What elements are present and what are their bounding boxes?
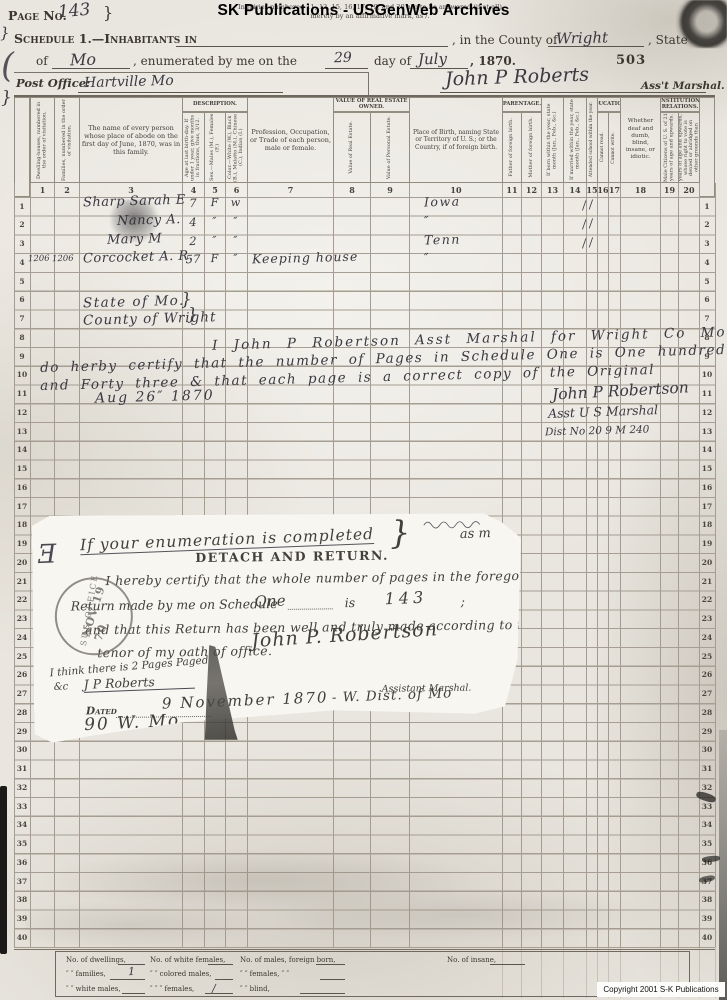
- column-header-13: If born within the year, state month (Ja…: [541, 97, 564, 183]
- column-header-label: Male Citizens of U. S. of 21 years of ag…: [678, 113, 700, 182]
- marshal-signature: John P Roberts: [445, 63, 590, 90]
- column-group-header: Value of Real Estate Owned.: [333, 97, 410, 112]
- column-header-label: Dwelling-houses, numbered in the order o…: [37, 98, 48, 182]
- column-number: 18: [620, 183, 661, 197]
- column-header-label: Cannot write.: [612, 132, 617, 164]
- page-no-value: 143: [57, 0, 91, 22]
- entry-name: Mary M: [107, 231, 162, 247]
- column-header-label: If born within the year, state month (Ja…: [547, 98, 558, 182]
- detach-body-line1: I hereby certify that the whole number o…: [105, 568, 540, 588]
- detach-hw-note2-sig: J P Roberts: [83, 673, 195, 693]
- blank-day: [325, 68, 368, 69]
- page-no-brace: }: [103, 3, 113, 22]
- footer-blank: [205, 993, 233, 994]
- column-number: 12: [521, 183, 542, 197]
- county-label: , in the County of: [452, 33, 557, 47]
- scan-edge-bar: [0, 786, 7, 954]
- po-box-top-rule: [14, 72, 368, 73]
- page-stamp-number: 503: [616, 53, 646, 68]
- detach-hw-brace: }: [389, 513, 411, 552]
- column-header-label: Whether deaf and dumb, blind, insane, or…: [621, 117, 660, 162]
- blank-signature: [440, 92, 706, 93]
- po-box-divider: [368, 72, 369, 95]
- footer-blank: [300, 993, 345, 994]
- column-number: 13: [541, 183, 564, 197]
- column-number: 19: [660, 183, 679, 197]
- column-number: 7: [247, 183, 334, 197]
- column-header-label: If married within the year, state month …: [570, 98, 581, 182]
- detach-hw-note2: &c: [54, 681, 69, 693]
- detach-title: DETACH AND RETURN.: [152, 547, 432, 565]
- column-number: 9: [370, 183, 410, 197]
- column-header-label: Age at last birth-day. If under 1 year, …: [185, 113, 201, 182]
- dated-value: 9 November 1870: [162, 688, 329, 712]
- county-value: Wright: [556, 28, 608, 47]
- entry-color: ″: [226, 215, 245, 228]
- column-header-label: Cannot read.: [601, 132, 606, 162]
- entry-sex: F: [205, 252, 224, 265]
- column-header-label: Place of Birth, naming State or Territor…: [410, 128, 502, 153]
- detach-body-line2-end: ;: [461, 594, 465, 609]
- grid-vline: [715, 183, 716, 947]
- column-header-label: Father of foreign birth.: [509, 118, 514, 177]
- footer-label: No. of white females,: [150, 956, 225, 964]
- column-group-header: Parentage.: [502, 97, 542, 112]
- footer-label: ″ ″ colored males,: [150, 970, 211, 978]
- cert-state-line: State of Mo.: [83, 293, 185, 312]
- entry-age: 7: [183, 196, 203, 211]
- of-label: of: [36, 54, 48, 68]
- watermark-text: SK Publications - USGenWeb Archives: [217, 2, 509, 20]
- detach-body-line2-is: is: [345, 595, 356, 610]
- column-header-label: Male Citizens of U. S. of 21 years of ag…: [664, 113, 675, 182]
- column-header-19: Male Citizens of U. S. of 21 years of ag…: [660, 112, 679, 183]
- margin-pen-mark: }: [1, 88, 12, 108]
- gutter-header: [699, 97, 715, 197]
- footer-label: No. of insane,: [447, 956, 496, 964]
- column-header-label: Sex.—Males (M.), Females (F.): [210, 113, 221, 182]
- pages-value: 143: [384, 588, 427, 609]
- column-header-7: Profession, Occupation, or Trade of each…: [247, 97, 334, 183]
- cert-date-line: Aug 26″ 1870: [95, 387, 215, 406]
- column-header-9: Value of Personal Estate.: [370, 112, 410, 183]
- entry-age: 4: [183, 214, 203, 229]
- state-value: Mo: [70, 50, 97, 70]
- footer-blank: [215, 979, 233, 980]
- entry-birthplace: ″: [424, 213, 431, 228]
- entry-color: ″: [226, 252, 245, 265]
- entry-name: Sharp Sarah E: [83, 193, 186, 211]
- copyright-text: Copyright 2001 S-K Publications: [597, 982, 725, 997]
- schedule-title: Schedule 1.—Inhabitants in: [14, 31, 197, 46]
- column-header-3: The name of every person whose place of …: [79, 97, 183, 183]
- entry-family: 1206: [52, 254, 74, 265]
- state-label: , State: [648, 33, 688, 47]
- entry-color: w: [226, 196, 245, 209]
- footer-blank: [316, 964, 345, 965]
- column-header-6: Color.—White (W.), Black (B.), Mulatto (…: [225, 112, 248, 183]
- month-value: July: [418, 50, 447, 69]
- day-of-label: day of: [374, 54, 411, 68]
- footer-label: ″ ″ families,: [66, 970, 106, 978]
- column-group-header: Description.: [182, 97, 248, 112]
- column-header-2: Families, numbered in the order of visit…: [54, 97, 80, 183]
- footer-blank: [208, 964, 233, 965]
- blank-schedule: [288, 608, 333, 610]
- column-number: 20: [678, 183, 700, 197]
- column-number: 14: [563, 183, 587, 197]
- gutter-header: [14, 97, 30, 197]
- column-number: 11: [502, 183, 522, 197]
- column-header-label: Mother of foreign birth.: [529, 117, 534, 178]
- column-number: 1: [30, 183, 55, 197]
- detach-hw-note: as m: [460, 526, 491, 542]
- census-scan-page: Inquiries numbered 11, 12, 15, 16, 17, 1…: [0, 0, 727, 1000]
- footer-hw-mark: /: [212, 982, 216, 995]
- cert-brace: }: [187, 305, 198, 325]
- post-office-value: Hartville Mo: [84, 73, 174, 91]
- column-header-5: Sex.—Males (M.), Females (F.): [204, 112, 226, 183]
- column-header-14: If married within the year, state month …: [563, 97, 587, 183]
- column-header-1: Dwelling-houses, numbered in the order o…: [30, 97, 55, 183]
- footer-label: ″ ″ ″ females,: [150, 985, 194, 993]
- column-header-10: Place of Birth, naming State or Territor…: [409, 97, 503, 183]
- enumerated-label: , enumerated by me on the: [133, 54, 297, 68]
- column-header-label: The name of every person whose place of …: [80, 123, 182, 158]
- column-header-20: Male Citizens of U. S. of 21 years of ag…: [678, 112, 700, 183]
- column-header-label: Attended school within the year.: [590, 102, 595, 177]
- margin-pen-mark: (: [0, 46, 14, 86]
- column-header-label: Value of Real Estate.: [349, 121, 354, 174]
- entry-sex: ″: [205, 233, 224, 246]
- entry-dwelling: 1206: [28, 254, 50, 265]
- census-office-stamp: SUS OFFICE NOV 19 70: [54, 577, 133, 656]
- schedule-value: One: [254, 592, 286, 611]
- column-header-label: Color.—White (W.), Black (B.), Mulatto (…: [228, 113, 244, 182]
- footer-blank: [110, 979, 145, 980]
- entry-color: ″: [226, 233, 245, 246]
- column-header-4: Age at last birth-day. If under 1 year, …: [182, 112, 205, 183]
- column-number: 2: [54, 183, 80, 197]
- footer-label: ″ ″ white males,: [66, 985, 121, 993]
- marshal-title: Ass't Marshal.: [641, 80, 725, 92]
- blank-subdivision: [176, 46, 448, 47]
- footer-blank: [320, 979, 345, 980]
- table-bottom-rule: [14, 949, 715, 951]
- entry-birthplace: ″: [424, 250, 431, 265]
- column-header-label: Profession, Occupation, or Trade of each…: [248, 127, 333, 153]
- column-header-8: Value of Real Estate.: [333, 112, 371, 183]
- footer-label: No. of dwellings,: [66, 956, 126, 964]
- scan-edge-streak: [719, 730, 727, 1000]
- cert-flourish: Ǝ: [38, 539, 58, 570]
- dated-suffix: - W. Dist. of Mo: [332, 685, 453, 706]
- entry-birthplace: Tenn: [424, 231, 461, 247]
- footer-label: ″ ″ females, ″ ″: [240, 970, 289, 978]
- entry-age: 2: [183, 233, 203, 248]
- entry-occupation: Keeping house: [252, 249, 359, 267]
- column-header-label: Families, numbered in the order of visit…: [62, 98, 73, 182]
- entry-sex: ″: [205, 215, 224, 228]
- column-header-label: Value of Personal Estate.: [387, 116, 392, 179]
- column-group-header: Constitutional Relations.: [660, 97, 700, 112]
- detach-certificate: Ǝ If your enumeration is completed } as …: [32, 510, 525, 743]
- entry-age: 57: [183, 252, 203, 267]
- footer-blank: [490, 964, 525, 965]
- footer-label: ″ ″ blind,: [240, 985, 270, 993]
- column-group-header: Education.: [597, 97, 621, 112]
- margin-pen-mark: }: [0, 24, 10, 42]
- column-header-12: Mother of foreign birth.: [521, 112, 542, 183]
- blank-post-office: [78, 92, 283, 93]
- day-value: 29: [334, 50, 352, 66]
- entry-sex: F: [205, 196, 224, 209]
- entry-birthplace: Iowa: [424, 194, 461, 210]
- footer-blank: [122, 993, 145, 994]
- column-header-11: Father of foreign birth.: [502, 112, 522, 183]
- footer-label: No. of males, foreign born,: [240, 956, 335, 964]
- entry-name: Nancy A.: [117, 212, 181, 229]
- post-office-label: Post Office:: [16, 76, 90, 90]
- column-number: 8: [333, 183, 371, 197]
- footer-hw-families: 1: [128, 965, 135, 978]
- column-header-18: Whether deaf and dumb, blind, insane, or…: [620, 97, 661, 183]
